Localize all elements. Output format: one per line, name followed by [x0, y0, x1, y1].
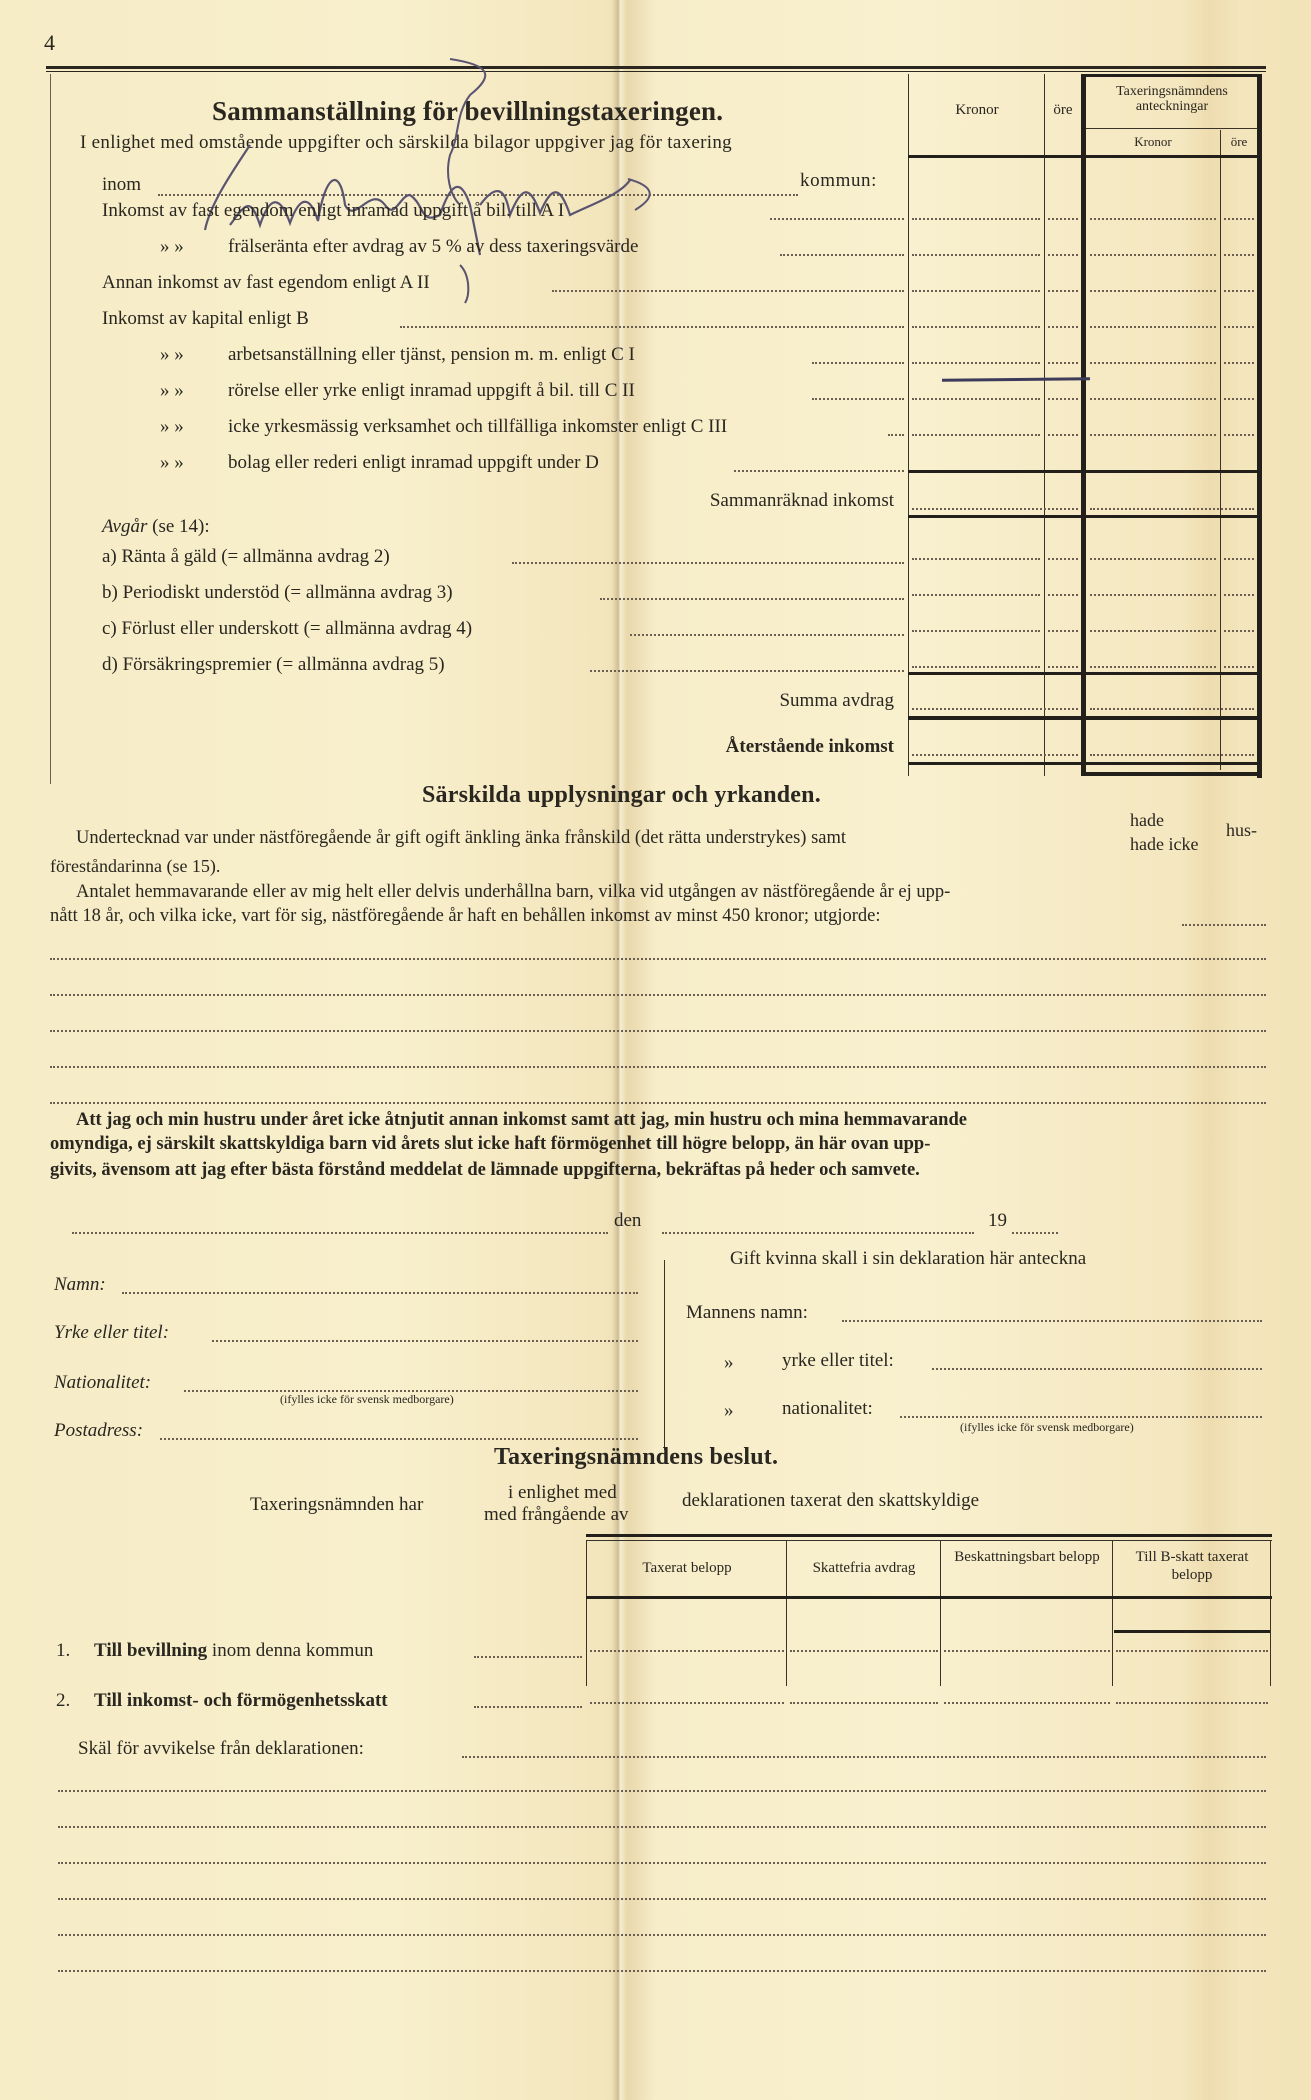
taxerat-field[interactable]: [590, 1702, 784, 1704]
ore-field[interactable]: [1048, 362, 1078, 364]
reason-line[interactable]: [58, 1826, 1266, 1828]
income-prefix: » »: [160, 236, 184, 258]
col-kronor-header: Kronor: [910, 102, 1044, 119]
namnd-bottom-rule: [1081, 772, 1262, 776]
skattefria-field[interactable]: [790, 1650, 938, 1652]
den-label: den: [614, 1210, 641, 1232]
decision-row-num: 1.: [56, 1640, 70, 1662]
income-label: Inkomst av fast egendom enligt inramad u…: [102, 200, 564, 222]
ore-field[interactable]: [1048, 254, 1078, 256]
namnd-kronor-field[interactable]: [1090, 326, 1216, 328]
leader-dots: [812, 398, 904, 400]
income-prefix: » »: [160, 416, 184, 438]
reason-line[interactable]: [58, 1898, 1266, 1900]
aterstaende-rule: [908, 762, 1262, 765]
income-label: Inkomst av kapital enligt B: [102, 308, 309, 330]
ore-field[interactable]: [1048, 558, 1078, 560]
ore-field[interactable]: [1048, 594, 1078, 596]
reason-field[interactable]: [462, 1756, 1266, 1758]
income-label: Annan inkomst av fast egendom enligt A I…: [102, 272, 430, 294]
reason-line[interactable]: [58, 1790, 1266, 1792]
leader-dots: [600, 598, 904, 600]
special-notes-line[interactable]: [50, 958, 1266, 960]
summa-avdrag-namnd-field[interactable]: [1090, 708, 1254, 710]
paper-fold: [612, 0, 626, 2100]
page-number: 4: [44, 30, 55, 56]
namnd-sub-rule: [1086, 128, 1258, 129]
income-label: frälseränta efter avdrag av 5 % av dess …: [228, 236, 638, 258]
income-prefix: » »: [160, 380, 184, 402]
aterstaende-namnd-field[interactable]: [1090, 754, 1254, 756]
year-field[interactable]: [1012, 1232, 1058, 1234]
decision-col-line: [586, 1540, 587, 1686]
decision-col-header: Till B-skatt taxerat belopp: [1124, 1548, 1260, 1584]
decision-col-line: [1270, 1540, 1271, 1686]
mannens-namn-label: Mannens namn:: [686, 1302, 808, 1324]
namnd-kronor-field[interactable]: [1090, 558, 1216, 560]
yrke-field[interactable]: [212, 1340, 638, 1342]
decision-row-num: 2.: [56, 1690, 70, 1712]
namnd-ore-header: öre: [1222, 134, 1256, 150]
ore-field[interactable]: [1048, 630, 1078, 632]
sammanraknad-label: Sammanräknad inkomst: [560, 490, 894, 512]
decision-option-enlighet[interactable]: i enlighet med: [508, 1482, 617, 1504]
kommun-label: kommun:: [800, 170, 877, 192]
children-line1: Antalet hemmavarande eller av mig helt e…: [76, 882, 950, 903]
namnd-ore-field[interactable]: [1224, 558, 1254, 560]
mannens-nationalitet-note: (ifylles icke för svensk medborgare): [960, 1420, 1134, 1435]
signer-divider: [664, 1260, 665, 1450]
skattefria-field[interactable]: [790, 1702, 938, 1704]
reason-label: Skäl för avvikelse från deklarationen:: [78, 1738, 364, 1760]
decision-header-rule: [586, 1596, 1272, 1599]
ore-field[interactable]: [1048, 218, 1078, 220]
ore-field[interactable]: [1048, 326, 1078, 328]
affirmation-line1: Att jag och min hustru under året icke å…: [76, 1110, 967, 1131]
income-total-rule-bottom: [908, 515, 1262, 518]
hus-label: hus-: [1226, 820, 1257, 841]
namnd-kronor-field[interactable]: [1090, 290, 1216, 292]
decision-title: Taxeringsnämndens beslut.: [494, 1444, 778, 1471]
namnd-kronor-field[interactable]: [1090, 666, 1216, 668]
decision-row-bold: Till bevillning: [94, 1640, 207, 1661]
hade-option[interactable]: hade: [1130, 810, 1164, 831]
header-bottom-rule: [908, 155, 1262, 158]
leader-dots: [590, 670, 904, 672]
mannens-nationalitet-label: nationalitet:: [782, 1398, 873, 1420]
income-label: rörelse eller yrke enligt inramad uppgif…: [228, 380, 635, 402]
place-field[interactable]: [72, 1232, 608, 1234]
postadress-field[interactable]: [160, 1438, 638, 1440]
namnd-kronor-field[interactable]: [1090, 398, 1216, 400]
namnd-kronor-field[interactable]: [1090, 434, 1216, 436]
namnd-kronor-field[interactable]: [1090, 218, 1216, 220]
kronor-field[interactable]: [912, 218, 1040, 220]
married-heading: Gift kvinna skall i sin deklaration här …: [730, 1248, 1086, 1270]
kronor-field[interactable]: [912, 398, 1040, 400]
namnd-kronor-field[interactable]: [1090, 630, 1216, 632]
b-skatt-rule: [1114, 1630, 1270, 1633]
reason-line[interactable]: [58, 1862, 1266, 1864]
leader-dots: [734, 470, 904, 472]
taxerat-field[interactable]: [590, 1650, 784, 1652]
kronor-field[interactable]: [912, 558, 1040, 560]
col-ore-header: öre: [1046, 102, 1080, 119]
ditto-mark: »: [724, 1400, 734, 1422]
children-line2: nått 18 år, och vilka icke, vart för sig…: [50, 906, 881, 927]
year-prefix: 19: [988, 1210, 1007, 1232]
mannens-namn-field[interactable]: [842, 1320, 1262, 1322]
mannens-yrke-label: yrke eller titel:: [782, 1350, 894, 1372]
civil-status-line: Undertecknad var under nästföregående år…: [76, 828, 846, 849]
ore-field[interactable]: [1048, 290, 1078, 292]
summa-avdrag-label: Summa avdrag: [560, 690, 894, 712]
kronor-field[interactable]: [912, 362, 1040, 364]
namnd-ore-field[interactable]: [1224, 362, 1254, 364]
mannens-nationalitet-field[interactable]: [900, 1416, 1262, 1418]
leader-dots: [812, 362, 904, 364]
affirmation-line2: omyndiga, ej särskilt skattskyldiga barn…: [50, 1134, 930, 1155]
namnd-ore-field[interactable]: [1224, 434, 1254, 436]
affirmation-line3: givits, ävensom att jag efter bästa förs…: [50, 1160, 920, 1181]
forestandarinna-label: föreståndarinna (se 15).: [50, 856, 220, 877]
namn-label: Namn:: [54, 1274, 106, 1296]
namnd-kronor-field[interactable]: [1090, 254, 1216, 256]
decision-col-line: [1112, 1540, 1113, 1686]
reason-line[interactable]: [58, 1934, 1266, 1936]
income-label: arbetsanställning eller tjänst, pension …: [228, 344, 635, 366]
leader-dots: [780, 254, 904, 256]
col-line-namnd-left: [1081, 74, 1086, 774]
col-line-kronor: [1044, 74, 1045, 776]
namnd-kronor-field[interactable]: [1090, 594, 1216, 596]
special-notes-line[interactable]: [50, 994, 1266, 996]
special-notes-line[interactable]: [50, 1030, 1266, 1032]
special-title: Särskilda upplysningar och yrkanden.: [422, 782, 821, 809]
aterstaende-field[interactable]: [912, 754, 1078, 756]
namnd-ore-field[interactable]: [1224, 290, 1254, 292]
decision-table-top: [586, 1534, 1272, 1537]
decision-col-header: Beskattningsbart belopp: [948, 1548, 1106, 1566]
ore-field[interactable]: [1048, 666, 1078, 668]
leader-dots: [552, 290, 904, 292]
kronor-field[interactable]: [912, 434, 1040, 436]
decision-row-bold: Till inkomst- och förmögenhetsskatt: [94, 1690, 388, 1712]
decision-row-rest: inom denna kommun: [212, 1640, 373, 1661]
inom-label: inom: [102, 174, 141, 196]
ore-field[interactable]: [1048, 434, 1078, 436]
avgar-label: Avgår: [102, 516, 147, 537]
namnd-ore-field[interactable]: [1224, 218, 1254, 220]
namnd-top: [1081, 74, 1262, 77]
b-skatt-field[interactable]: [1116, 1650, 1268, 1652]
decision-col-line: [940, 1540, 941, 1686]
decision-line-start: Taxeringsnämnden har: [250, 1494, 423, 1516]
decision-col-line: [786, 1540, 787, 1686]
handwriting-signature: [150, 55, 710, 305]
decision-table-top-thin: [586, 1540, 1272, 1541]
decision-col-header: Skattefria avdrag: [788, 1560, 940, 1577]
namnd-ore-field[interactable]: [1224, 326, 1254, 328]
ore-field[interactable]: [1048, 398, 1078, 400]
kronor-field[interactable]: [912, 666, 1040, 668]
leader-dots: [474, 1706, 582, 1708]
income-label: icke yrkesmässig verksamhet och tillfäll…: [228, 416, 727, 438]
deduction-label: c) Förlust eller underskott (= allmänna …: [102, 618, 472, 640]
mannens-yrke-field[interactable]: [932, 1368, 1262, 1370]
decision-option-frangaende[interactable]: med frångående av: [484, 1504, 629, 1526]
leader-dots: [474, 1656, 582, 1658]
kronor-field[interactable]: [912, 290, 1040, 292]
aterstaende-label: Återstående inkomst: [560, 736, 894, 758]
namnd-ore-field[interactable]: [1224, 254, 1254, 256]
beskattningsbart-field[interactable]: [944, 1650, 1110, 1652]
deduction-label: b) Periodiskt understöd (= allmänna avdr…: [102, 582, 453, 604]
nationalitet-note: (ifylles icke för svensk medborgare): [280, 1392, 454, 1407]
yrke-label: Yrke eller titel:: [54, 1322, 169, 1344]
sammanraknad-namnd-field[interactable]: [1090, 508, 1254, 510]
summa-avdrag-rule: [908, 716, 1262, 720]
special-notes-line[interactable]: [50, 1102, 1266, 1104]
income-label: bolag eller rederi enligt inramad uppgif…: [228, 452, 599, 474]
namnd-ore-field[interactable]: [1224, 630, 1254, 632]
leader-dots: [770, 218, 904, 220]
avgar-ref: (se 14):: [152, 516, 210, 537]
deduction-rule: [908, 672, 1262, 675]
avgar-heading: Avgår (se 14):: [102, 516, 210, 538]
pen-strike-mark: [942, 377, 1090, 382]
b-skatt-field[interactable]: [1116, 1702, 1268, 1704]
left-border: [50, 74, 51, 784]
reason-line[interactable]: [58, 1970, 1266, 1972]
decision-line-end: deklarationen taxerat den skattskyldige: [682, 1490, 979, 1512]
sammanraknad-field[interactable]: [912, 508, 1078, 510]
deduction-label: d) Försäkringspremier (= allmänna avdrag…: [102, 654, 445, 676]
beskattningsbart-field[interactable]: [944, 1702, 1110, 1704]
namnd-ore-field[interactable]: [1224, 398, 1254, 400]
namn-field[interactable]: [122, 1292, 638, 1294]
kronor-field[interactable]: [912, 594, 1040, 596]
col-line-left: [908, 74, 909, 776]
leader-dots: [888, 434, 904, 436]
postadress-label: Postadress:: [54, 1420, 143, 1442]
deduction-label: a) Ränta å gäld (= allmänna avdrag 2): [102, 546, 390, 568]
namnd-ore-field[interactable]: [1224, 666, 1254, 668]
hade-icke-option[interactable]: hade icke: [1130, 834, 1198, 855]
namnd-header: Taxeringsnämndens anteckningar: [1088, 84, 1256, 114]
kronor-field[interactable]: [912, 326, 1040, 328]
namnd-ore-field[interactable]: [1224, 594, 1254, 596]
nationalitet-label: Nationalitet:: [54, 1372, 151, 1394]
income-total-rule-top: [908, 470, 1262, 473]
special-notes-line[interactable]: [50, 1066, 1266, 1068]
leader-dots: [512, 562, 904, 564]
ditto-mark: »: [724, 1352, 734, 1374]
namnd-kronor-field[interactable]: [1090, 362, 1216, 364]
leader-dots: [630, 634, 904, 636]
leader-dots: [400, 326, 904, 328]
income-prefix: » »: [160, 344, 184, 366]
children-count-field[interactable]: [1182, 924, 1266, 926]
kronor-field[interactable]: [912, 254, 1040, 256]
namnd-kronor-header: Kronor: [1088, 134, 1218, 150]
summa-avdrag-field[interactable]: [912, 708, 1078, 710]
paper-stain: [1180, 0, 1240, 2100]
decision-col-header: Taxerat belopp: [588, 1560, 786, 1577]
income-prefix: » »: [160, 452, 184, 474]
date-field[interactable]: [662, 1232, 974, 1234]
kronor-field[interactable]: [912, 630, 1040, 632]
